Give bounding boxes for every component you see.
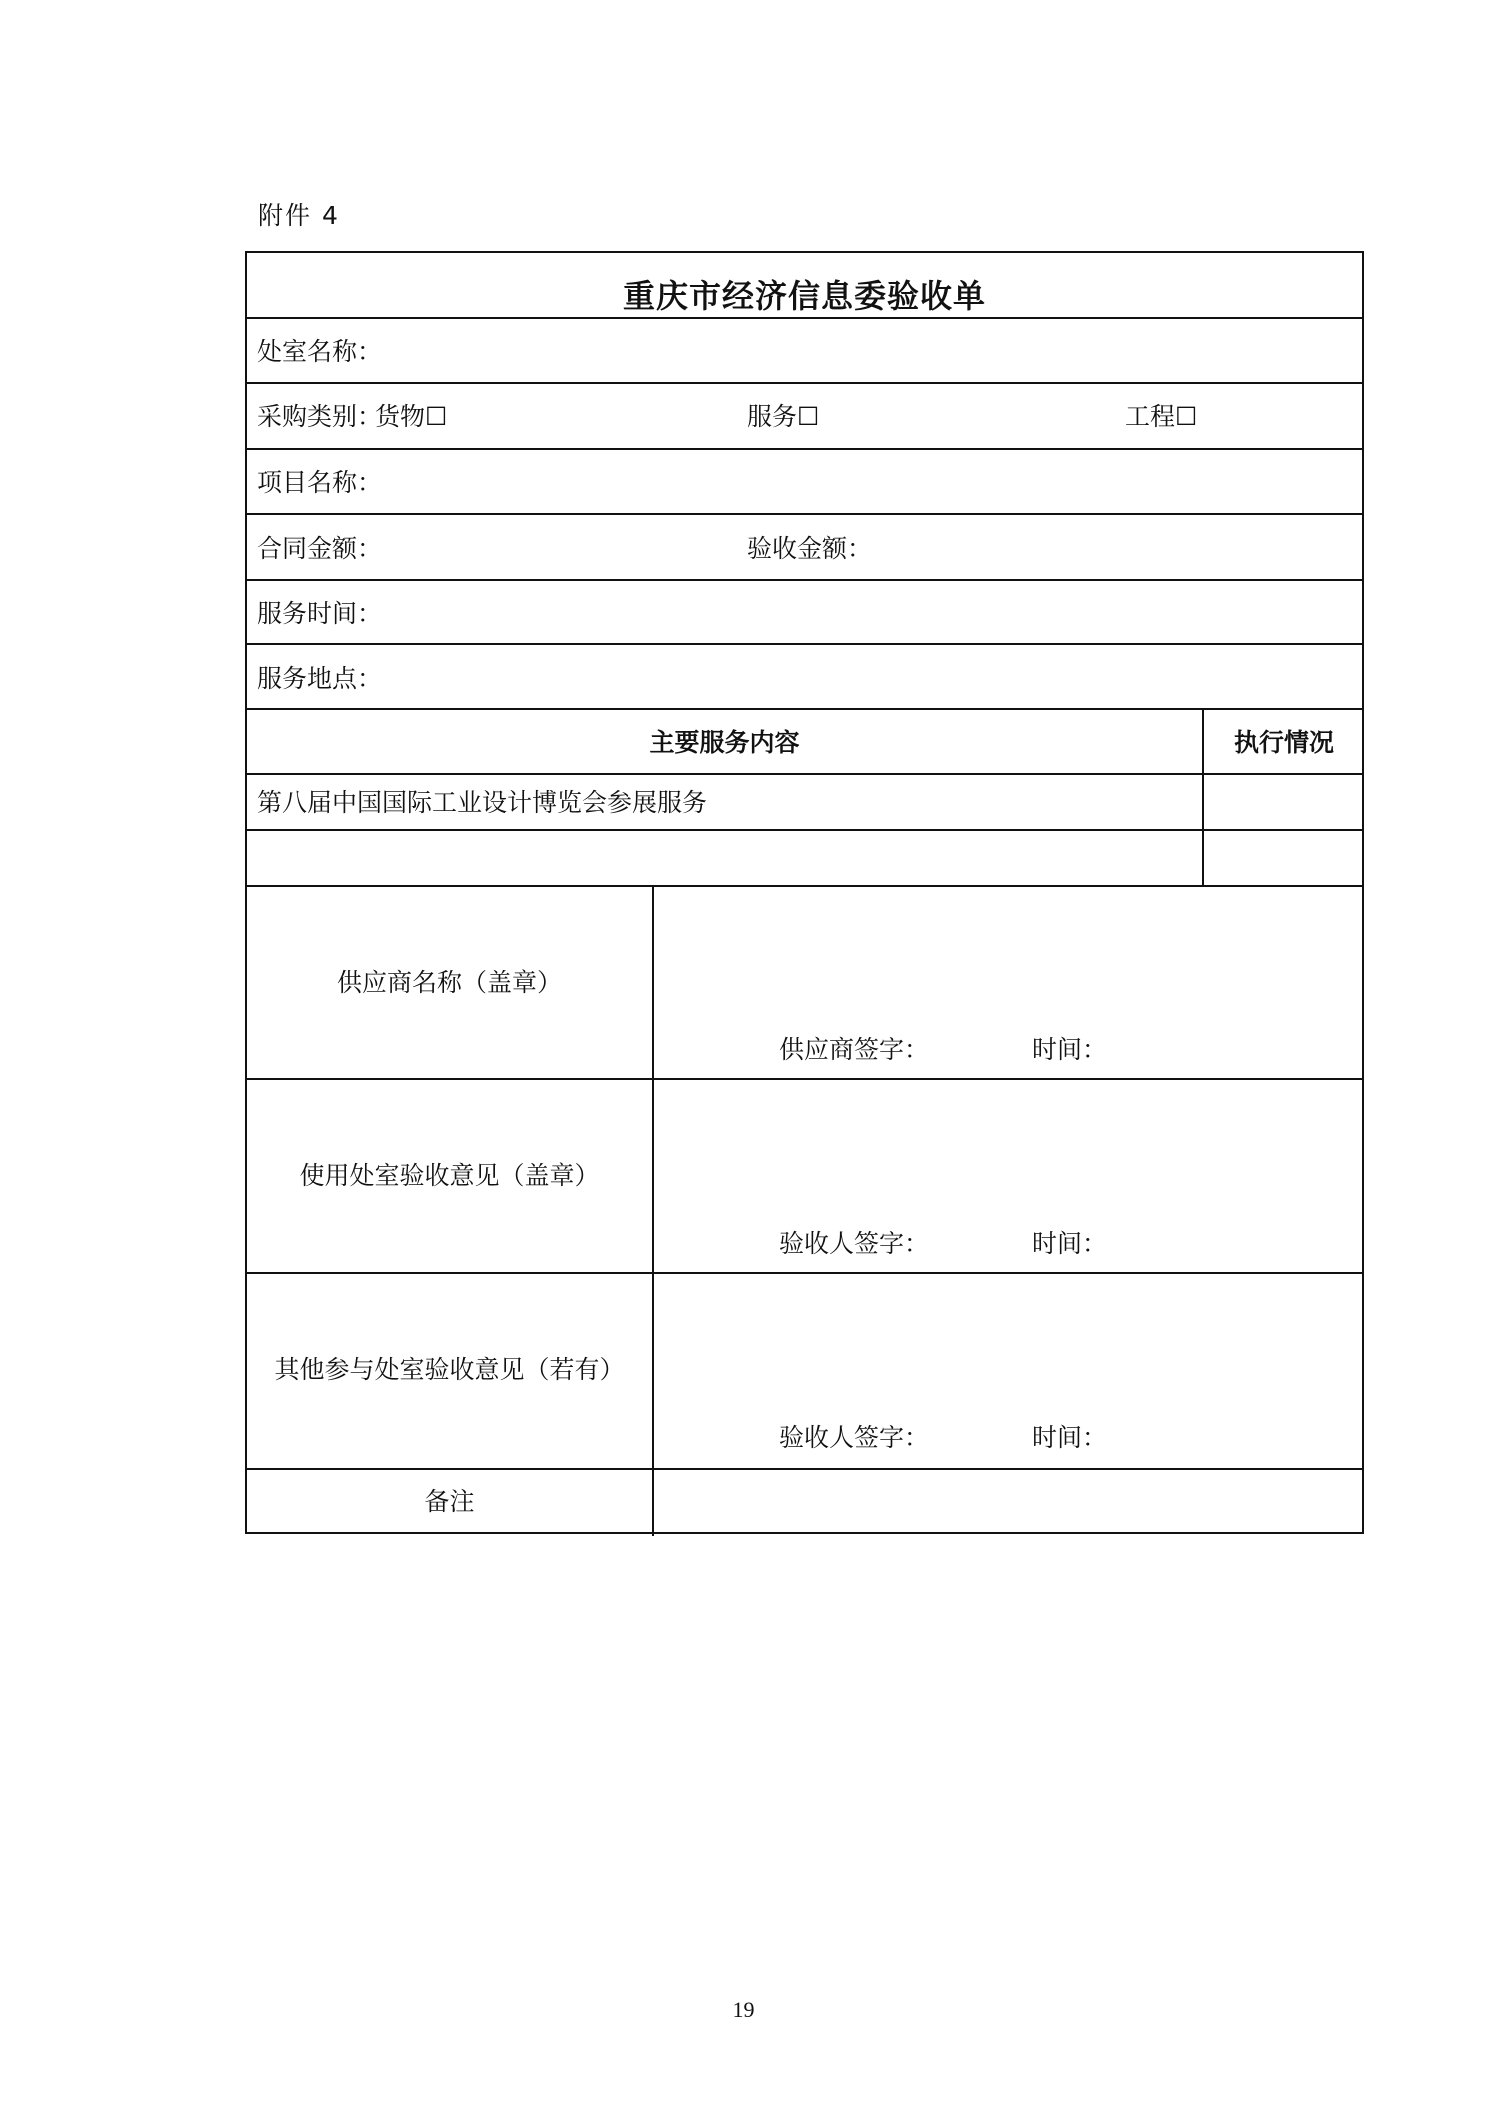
other-acceptor-signature-label: 验收人签字：: [779, 1425, 929, 1450]
service-time-label: 服务时间：: [257, 601, 382, 626]
acceptance-amount-label: 验收金额：: [747, 536, 872, 561]
acceptor-signature-label: 验收人签字：: [779, 1231, 929, 1256]
remarks-label: 备注: [247, 1489, 652, 1514]
attachment-label: 附件 4: [258, 196, 340, 232]
divider: [247, 885, 1362, 887]
supplier-signature-label: 供应商签字：: [779, 1037, 929, 1062]
service-location-label: 服务地点：: [257, 666, 382, 691]
other-department-opinion-label: 其他参与处室验收意见（若有）: [247, 1357, 652, 1382]
divider: [247, 773, 1362, 775]
procurement-type-label: 采购类别：: [257, 404, 382, 429]
remarks-field[interactable]: [654, 1470, 1362, 1532]
divider: [247, 382, 1362, 384]
supplier-name-label: 供应商名称（盖章）: [247, 970, 652, 995]
divider: [247, 1078, 1362, 1080]
header-execution-status: 执行情况: [1204, 730, 1364, 755]
divider: [247, 513, 1362, 515]
checkbox-icon[interactable]: ☐: [425, 402, 447, 431]
divider: [247, 317, 1362, 319]
divider: [247, 829, 1362, 831]
supplier-time-label: 时间：: [1032, 1037, 1107, 1062]
department-label: 处室名称：: [257, 339, 382, 364]
service-content-cell: 第八届中国国际工业设计博览会参展服务: [257, 790, 707, 815]
divider: [247, 448, 1362, 450]
form-title: 重庆市经济信息委验收单: [247, 271, 1362, 317]
page-number: 19: [0, 1997, 1487, 2023]
checkbox-icon[interactable]: ☐: [1175, 402, 1197, 431]
other-acceptor-time-label: 时间：: [1032, 1425, 1107, 1450]
procurement-option-services[interactable]: 服务☐: [747, 404, 819, 429]
divider: [247, 1272, 1362, 1274]
procurement-option-engineering[interactable]: 工程☐: [1125, 404, 1197, 429]
divider: [247, 643, 1362, 645]
divider: [247, 708, 1362, 710]
using-department-opinion-label: 使用处室验收意见（盖章）: [247, 1163, 652, 1188]
acceptance-form-table: 重庆市经济信息委验收单 处室名称： 采购类别： 货物☐ 服务☐ 工程☐ 项目名称…: [245, 251, 1364, 1534]
acceptor-time-label: 时间：: [1032, 1231, 1107, 1256]
contract-amount-label: 合同金额：: [257, 536, 382, 561]
header-main-service-content: 主要服务内容: [247, 730, 1202, 755]
column-divider: [652, 885, 654, 1536]
project-name-label: 项目名称：: [257, 470, 382, 495]
procurement-option-goods[interactable]: 货物☐: [375, 404, 447, 429]
checkbox-icon[interactable]: ☐: [797, 402, 819, 431]
divider: [247, 579, 1362, 581]
